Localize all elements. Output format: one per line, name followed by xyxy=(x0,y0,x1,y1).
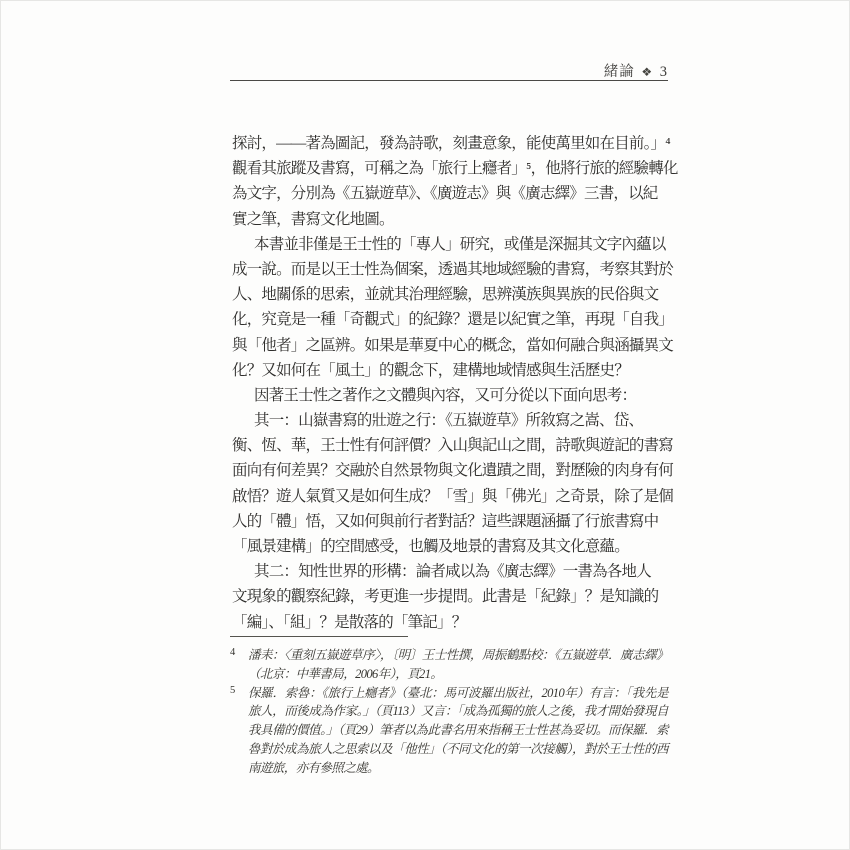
chapter-title: 緒論 xyxy=(604,64,635,80)
running-header: 緒論 ❖ 3 xyxy=(230,60,668,81)
footnote-number: 4 xyxy=(230,644,235,663)
book-page: 緒論 ❖ 3 探討，——著為圖記，發為詩歌，刻畫意象，能使萬里如在目前。」⁴觀看… xyxy=(0,0,850,850)
text-line: 人、地關係的思索，並就其治理經驗，思辨漢族與異族的民俗與文 xyxy=(232,282,702,307)
text-line: 其一：山嶽書寫的壯遊之行：《五嶽遊草》所敘寫之嵩、岱、 xyxy=(232,408,702,433)
text-line: 觀看其旅蹤及書寫，可稱之為「旅行上癮者」⁵，他將行旅的經驗轉化 xyxy=(232,156,702,181)
text-line: 成一說。而是以王士性為個案，透過其地域經驗的書寫，考察其對於 xyxy=(232,257,702,282)
text-line: 文現象的觀察紀錄，考更進一步提問。此書是「紀錄」？是知識的 xyxy=(232,584,702,609)
text-line: 其二：知性世界的形構：論者咸以為《廣志繹》一書為各地人 xyxy=(232,559,702,584)
body-text: 探討，——著為圖記，發為詩歌，刻畫意象，能使萬里如在目前。」⁴觀看其旅蹤及書寫，… xyxy=(232,131,702,635)
text-line: 化，究竟是一種「奇觀式」的紀錄？還是以紀實之筆，再現「自我」 xyxy=(232,307,702,332)
text-line: 「編」、「組」？是散落的「筆記」？ xyxy=(232,610,702,635)
text-line: 衡、恆、華，王士性有何評價？入山與記山之間，詩歌與遊記的書寫 xyxy=(232,433,702,458)
footnotes: 4潘耒：〈重刻五嶽遊草序〉，〔明〕王士性撰，周振鶴點校：《五嶽遊草．廣志繹》（北… xyxy=(230,646,668,778)
footnote-text: 保羅．索魯：《旅行上癮者》（臺北：馬可波羅出版社，2010年）有言：「我先是旅人… xyxy=(248,686,668,775)
text-line: 因著王士性之著作之文體與內容，又可分從以下面向思考： xyxy=(232,383,702,408)
text-line: 面向有何差異？交融於自然景物與文化遺蹟之間，對歷險的肉身有何 xyxy=(232,458,702,483)
text-line: 人的「體」悟，又如何與前行者對話？這些課題涵攝了行旅書寫中 xyxy=(232,509,702,534)
text-line: 「風景建構」的空間感受，也觸及地景的書寫及其文化意蘊。 xyxy=(232,534,702,559)
ornament-icon: ❖ xyxy=(639,65,655,79)
text-line: 為文字，分別為《五嶽遊草》、《廣遊志》與《廣志繹》三書，以紀 xyxy=(232,181,702,206)
page-number: 3 xyxy=(660,64,668,80)
text-line: 啟悟？遊人氣質又是如何生成？「雪」與「佛光」之奇景，除了是個 xyxy=(232,484,702,509)
text-line: 本書並非僅是王士性的「專人」研究，或僅是深掘其文字內蘊以 xyxy=(232,232,702,257)
footnote: 4潘耒：〈重刻五嶽遊草序〉，〔明〕王士性撰，周振鶴點校：《五嶽遊草．廣志繹》（北… xyxy=(230,646,668,684)
footnote-number: 5 xyxy=(230,682,235,701)
text-line: 與「他者」之區辨。如果是華夏中心的概念，當如何融合與涵攝異文 xyxy=(232,333,702,358)
text-line: 實之筆，書寫文化地圖。 xyxy=(232,207,702,232)
text-line: 探討，——著為圖記，發為詩歌，刻畫意象，能使萬里如在目前。」⁴ xyxy=(232,131,702,156)
footnote-text: 潘耒：〈重刻五嶽遊草序〉，〔明〕王士性撰，周振鶴點校：《五嶽遊草．廣志繹》（北京… xyxy=(248,648,668,681)
header-rule xyxy=(230,80,668,81)
text-line: 化？又如何在「風土」的觀念下，建構地域情感與生活歷史？ xyxy=(232,358,702,383)
footnote-divider xyxy=(230,636,408,637)
footnote: 5保羅．索魯：《旅行上癮者》（臺北：馬可波羅出版社，2010年）有言：「我先是旅… xyxy=(230,684,668,778)
